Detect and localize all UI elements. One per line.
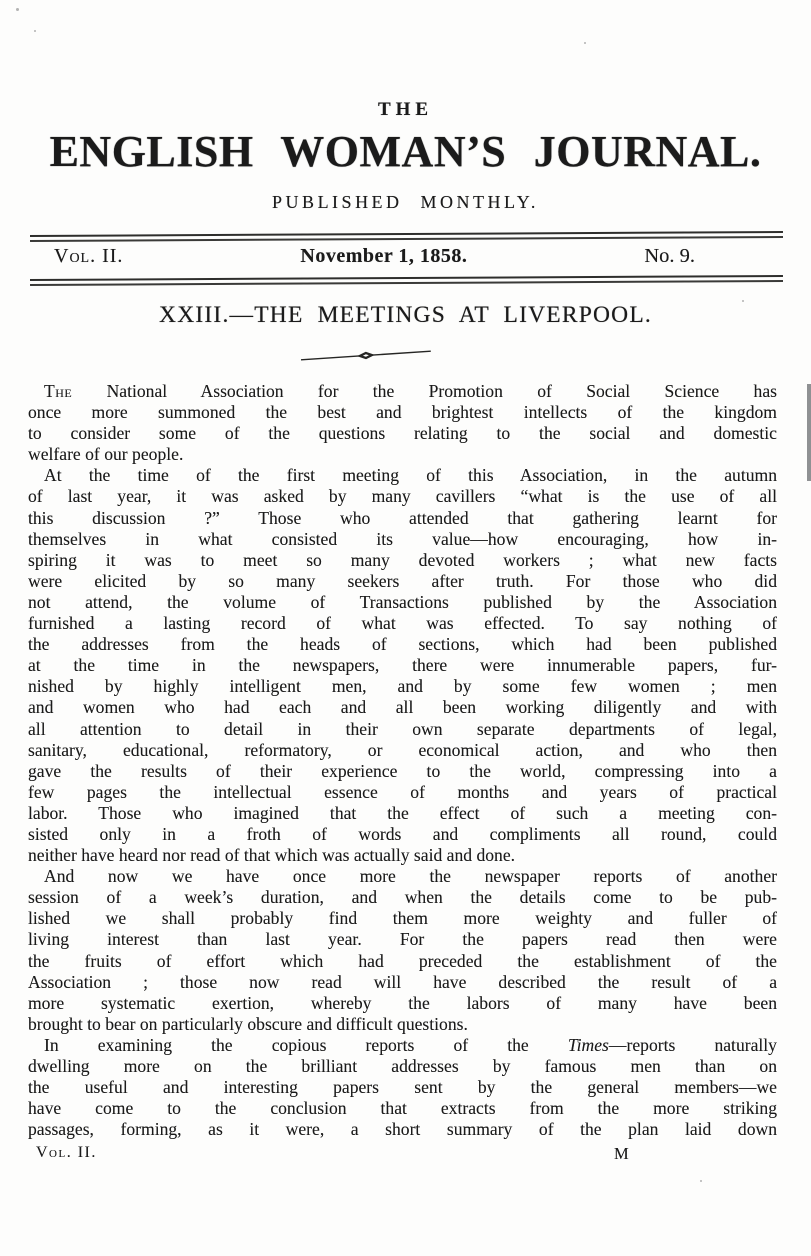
text-line: at the time in the newspapers, there wer… [28, 655, 777, 676]
text-line: welfare of our people. [28, 444, 777, 465]
text-line: living interest than last year. For the … [28, 929, 777, 950]
text-line: themselves in what consisted its value—h… [28, 529, 777, 550]
journal-pretitle: THE [0, 99, 811, 121]
text-line: the addresses from the heads of sections… [28, 634, 777, 655]
journal-subtitle: PUBLISHED MONTHLY. [0, 192, 811, 213]
text-line: and women who had each and all been work… [28, 697, 777, 718]
text-line: few pages the intellectual essence of mo… [28, 782, 777, 803]
article-body: The National Association for the Promoti… [28, 381, 777, 1140]
text-line: brought to bear on particularly obscure … [28, 1014, 777, 1035]
scan-speck [742, 300, 744, 302]
article-heading: XXIII.—THE MEETINGS AT LIVERPOOL. [0, 302, 811, 329]
text-line: furnished a lasting record of what was e… [28, 613, 777, 634]
text-line: once more summoned the best and brightes… [28, 402, 777, 423]
scan-artifact [807, 384, 811, 481]
text-line: Association ; those now read will have d… [28, 972, 777, 993]
text-line: this discussion ?” Those who attended th… [28, 508, 777, 529]
double-rule-bottom [30, 275, 783, 286]
text-line: to consider some of the questions relati… [28, 423, 777, 444]
text-line: have come to the conclusion that extract… [28, 1098, 777, 1119]
text-line: In examining the copious reports of the … [28, 1035, 777, 1056]
issue-date: November 1, 1858. [300, 245, 467, 268]
double-rule-top [30, 231, 783, 242]
text-line: more systematic exertion, whereby the la… [28, 993, 777, 1014]
text-line: nished by highly intelligent men, and by… [28, 676, 777, 697]
text-line: labor. Those who imagined that the effec… [28, 803, 777, 824]
text-line: sisted only in a froth of words and comp… [28, 824, 777, 845]
text-line: dwelling more on the brilliant addresses… [28, 1056, 777, 1077]
paragraph: At the time of the first meeting of this… [28, 465, 777, 866]
text-line: passages, forming, as it were, a short s… [28, 1119, 777, 1140]
scan-speck [584, 42, 586, 44]
text-line: not attend, the volume of Transactions p… [28, 592, 777, 613]
text-line: neither have heard nor read of that whic… [28, 845, 777, 866]
paragraph: In examining the copious reports of the … [28, 1035, 777, 1140]
scan-speck [16, 8, 19, 11]
masthead-row: Vol. II. November 1, 1858. No. 9. [30, 245, 783, 268]
paragraph: The National Association for the Promoti… [28, 381, 777, 465]
footer-signature-mark: M [614, 1144, 629, 1164]
text-line: all attention to detail in their own sep… [28, 719, 777, 740]
footer-volume: Vol. II. [36, 1144, 97, 1162]
journal-title: ENGLISH WOMAN’S JOURNAL. [0, 126, 811, 177]
scan-speck [700, 1180, 702, 1182]
volume-label: Vol. II. [54, 245, 123, 268]
text-line: the fruits of effort which had preceded … [28, 951, 777, 972]
text-line: the useful and interesting papers sent b… [28, 1077, 777, 1098]
text-line: sanitary, educational, reformatory, or e… [28, 740, 777, 761]
journal-page: THE ENGLISH WOMAN’S JOURNAL. PUBLISHED M… [0, 0, 811, 1256]
text-line: of last year, it was asked by many cavil… [28, 486, 777, 507]
text-line: spiring it was to meet so many devoted w… [28, 550, 777, 571]
text-line: gave the results of their experience to … [28, 761, 777, 782]
text-line: At the time of the first meeting of this… [28, 465, 777, 486]
issue-number: No. 9. [644, 245, 695, 268]
section-divider-icon [298, 347, 433, 371]
text-line: were elicited by so many seekers after t… [28, 571, 777, 592]
text-line: And now we have once more the newspaper … [28, 866, 777, 887]
scan-speck [34, 30, 36, 32]
text-line: lished we shall probably find them more … [28, 908, 777, 929]
text-line: The National Association for the Promoti… [28, 381, 777, 402]
text-line: session of a week’s duration, and when t… [28, 887, 777, 908]
paragraph: And now we have once more the newspaper … [28, 866, 777, 1035]
